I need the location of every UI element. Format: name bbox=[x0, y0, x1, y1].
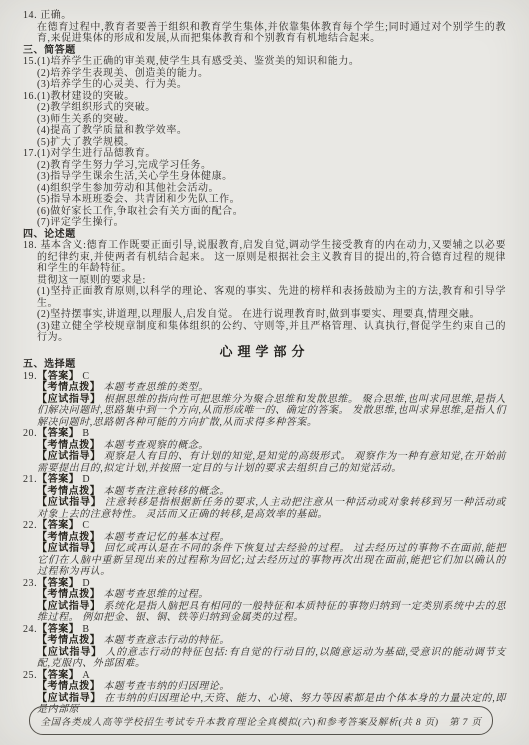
explanation-label: 【应试指导】 bbox=[37, 693, 101, 704]
explanation-label: 【应试指导】 bbox=[37, 394, 101, 405]
answer-line: 19.【答案】 C bbox=[23, 371, 506, 383]
answer-value: B bbox=[79, 428, 89, 439]
answer-value: C bbox=[79, 371, 89, 382]
doc-line: (5)扩大了教学规模。 bbox=[37, 137, 506, 149]
explanation-text: 本题考查注意转移的概念。 bbox=[100, 486, 230, 497]
explanation-text: 根据思维的指向性可把思维分为聚合思维和发散思维。 聚合思维,也叫求同思维,是指人… bbox=[37, 394, 506, 428]
explanation-line: 【应试指导】 注意转移是指根据新任务的要求,人主动把注意从一种活动或对象转移到另… bbox=[37, 497, 506, 520]
answer-value: B bbox=[79, 624, 89, 635]
answer-value: C bbox=[79, 520, 89, 531]
doc-line: (5)指导本班班委会、共青团和少先队工作。 bbox=[37, 194, 506, 206]
doc-line: (2)教学组织形式的突破。 bbox=[37, 102, 506, 114]
section-title: 心理学部分 bbox=[23, 346, 506, 358]
explanation-text: 本题考查思维的过程。 bbox=[100, 589, 209, 600]
explanation-label: 【应试指导】 bbox=[37, 543, 101, 554]
answer-line: 25.【答案】 A bbox=[23, 670, 506, 682]
scanned-page: 14. 正确。在德育过程中,教育者要善于组织和教育学生集体,并依靠集体教育每个学… bbox=[0, 0, 529, 745]
answer-label: 【答案】 bbox=[37, 670, 79, 681]
answer-line: 23.【答案】 D bbox=[23, 578, 506, 590]
answer-label: 【答案】 bbox=[37, 428, 79, 439]
explanation-label: 【考情点拨】 bbox=[37, 635, 100, 646]
explanation-line: 【考情点拨】 本题考查观察的概念。 bbox=[37, 440, 506, 452]
question-number: 21. bbox=[23, 474, 37, 485]
answer-value: D bbox=[79, 578, 90, 589]
explanation-line: 【应试指导】 观察是人有目的、有计划的知觉,是知觉的高级形式。 观察作为一种有意… bbox=[37, 451, 506, 474]
explanation-text: 系统化是指人脑把具有相同的一般特征和本质特征的事物归纳到一定类别系统中去的思维过… bbox=[37, 601, 506, 624]
explanation-label: 【考情点拨】 bbox=[37, 532, 100, 543]
doc-line: (2)教育学生努力学习,完成学习任务。 bbox=[37, 160, 506, 172]
footer-text: 全国各类成人高等学校招生考试专升本教育理论全真模拟(六)和参考答案及解析(共 8… bbox=[40, 714, 481, 728]
explanation-text: 回忆或再认是在不同的条件下恢复过去经验的过程。 过去经历过的事物不在面前,能把它… bbox=[37, 543, 506, 577]
explanation-line: 【考情点拨】 本题考查思维的类型。 bbox=[37, 382, 506, 394]
explanation-line: 【考情点拨】 本题考查韦纳的归因理论。 bbox=[37, 681, 506, 693]
explanation-line: 【应试指导】 回忆或再认是在不同的条件下恢复过去经验的过程。 过去经历过的事物不… bbox=[37, 543, 506, 578]
doc-line: (7)评定学生操行。 bbox=[37, 217, 506, 229]
doc-line: 16.(1)教材建设的突破。 bbox=[23, 91, 506, 103]
question-number: 19. bbox=[23, 371, 37, 382]
explanation-label: 【应试指导】 bbox=[37, 647, 102, 658]
explanation-text: 本题考查思维的类型。 bbox=[100, 382, 209, 393]
explanation-text: 人的意志行动的特征包括:有自觉的行动目的,以随意运动为基础,受意识的能动调节支配… bbox=[37, 647, 506, 670]
explanation-text: 注意转移是指根据新任务的要求,人主动把注意从一种活动或对象转移到另一种活动或对象… bbox=[37, 497, 506, 520]
page-footer: 全国各类成人高等学校招生考试专升本教育理论全真模拟(六)和参考答案及解析(共 8… bbox=[29, 706, 493, 735]
doc-line: (2)坚持摆事实,讲道理,以理服人,启发自觉。 在进行说理教育时,做到事要实、理… bbox=[37, 309, 506, 321]
explanation-text: 本题考查韦纳的归因理论。 bbox=[100, 681, 230, 692]
doc-line: 18. 基本含义:德育工作既要正面引导,说服教育,启发自觉,调动学生接受教育的内… bbox=[23, 240, 506, 275]
explanation-label: 【考情点拨】 bbox=[37, 681, 100, 692]
section-heading: 五、选择题 bbox=[23, 359, 506, 371]
explanation-line: 【考情点拨】 本题考查注意转移的概念。 bbox=[37, 486, 506, 498]
explanation-line: 【考情点拨】 本题考查思维的过程。 bbox=[37, 589, 506, 601]
doc-line: 15.(1)培养学生正确的审美观,使学生具有感受美、鉴赏美的知识和能力。 bbox=[23, 56, 506, 68]
explanation-label: 【考情点拨】 bbox=[37, 486, 100, 497]
doc-line: (1)坚持正面教育原则,以科学的理论、客观的事实、先进的榜样和表扬鼓励为主的方法… bbox=[37, 286, 506, 309]
explanation-line: 【应试指导】 系统化是指人脑把具有相同的一般特征和本质特征的事物归纳到一定类别系… bbox=[37, 601, 506, 624]
doc-line: (3)培养学生的心灵美、行为美。 bbox=[37, 79, 506, 91]
explanation-line: 【考情点拨】 本题考查意志行动的特征。 bbox=[37, 635, 506, 647]
question-number: 23. bbox=[23, 578, 37, 589]
answer-label: 【答案】 bbox=[37, 624, 79, 635]
doc-line: (3)指导学生课余生活,关心学生身体健康。 bbox=[37, 171, 506, 183]
question-number: 20. bbox=[23, 428, 37, 439]
section-heading: 四、论述题 bbox=[23, 229, 506, 241]
doc-line: 17.(1)对学生进行品德教育。 bbox=[23, 148, 506, 160]
doc-line: (3)建立健全学校规章制度和集体组织的公约、守则等,并且严格管理、认真执行,督促… bbox=[37, 321, 506, 344]
document-body: 14. 正确。在德育过程中,教育者要善于组织和教育学生集体,并依靠集体教育每个学… bbox=[23, 10, 506, 716]
question-number: 22. bbox=[23, 520, 37, 531]
explanation-label: 【应试指导】 bbox=[37, 601, 101, 612]
explanation-label: 【考情点拨】 bbox=[37, 382, 100, 393]
explanation-text: 本题考查观察的概念。 bbox=[100, 440, 209, 451]
question-number: 25. bbox=[23, 670, 37, 681]
doc-line: (6)做好家长工作,争取社会有关方面的配合。 bbox=[37, 206, 506, 218]
doc-line: 贯彻这一原则的要求是: bbox=[37, 275, 506, 287]
doc-line: (2)培养学生表现美、创造美的能力。 bbox=[37, 68, 506, 80]
explanation-label: 【考情点拨】 bbox=[37, 440, 100, 451]
doc-line: (3)师生关系的突破。 bbox=[37, 114, 506, 126]
explanation-label: 【应试指导】 bbox=[37, 497, 102, 508]
question-number: 24. bbox=[23, 624, 37, 635]
doc-line: 14. 正确。 bbox=[23, 10, 506, 22]
answer-label: 【答案】 bbox=[37, 520, 79, 531]
answer-line: 21.【答案】 D bbox=[23, 474, 506, 486]
explanation-text: 观察是人有目的、有计划的知觉,是知觉的高级形式。 观察作为一种有意知觉,在开始前… bbox=[37, 451, 506, 474]
explanation-label: 【考情点拨】 bbox=[37, 589, 100, 600]
explanation-line: 【考情点拨】 本题考查记忆的基本过程。 bbox=[37, 532, 506, 544]
doc-line: 在德育过程中,教育者要善于组织和教育学生集体,并依靠集体教育每个学生;同时通过对… bbox=[37, 22, 506, 45]
answer-line: 20.【答案】 B bbox=[23, 428, 506, 440]
answer-value: D bbox=[79, 474, 90, 485]
doc-line: (4)组织学生参加劳动和其他社会活动。 bbox=[37, 183, 506, 195]
answer-value: A bbox=[79, 670, 90, 681]
explanation-line: 【应试指导】 人的意志行动的特征包括:有自觉的行动目的,以随意运动为基础,受意识… bbox=[37, 647, 506, 670]
doc-line: (4)提高了教学质量和教学效率。 bbox=[37, 125, 506, 137]
explanation-label: 【应试指导】 bbox=[37, 451, 101, 462]
answer-line: 24.【答案】 B bbox=[23, 624, 506, 636]
explanation-text: 本题考查意志行动的特征。 bbox=[100, 635, 230, 646]
explanation-line: 【应试指导】 根据思维的指向性可把思维分为聚合思维和发散思维。 聚合思维,也叫求… bbox=[37, 394, 506, 429]
section-heading: 三、简答题 bbox=[23, 45, 506, 57]
answer-label: 【答案】 bbox=[37, 578, 79, 589]
answer-label: 【答案】 bbox=[37, 371, 79, 382]
answer-label: 【答案】 bbox=[37, 474, 79, 485]
explanation-text: 本题考查记忆的基本过程。 bbox=[100, 532, 230, 543]
answer-line: 22.【答案】 C bbox=[23, 520, 506, 532]
